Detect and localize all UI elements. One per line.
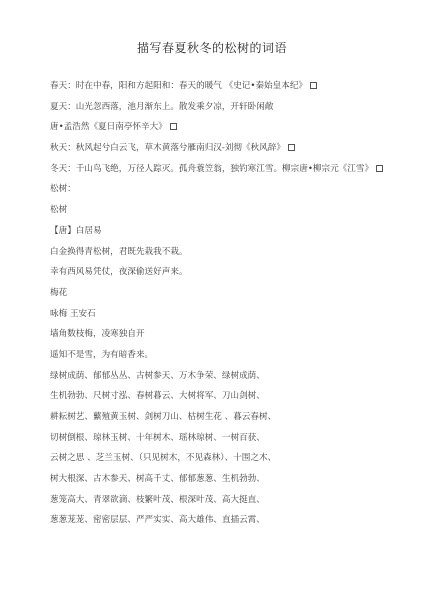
line-text: 切树倒根、琼林玉树、十年树木、瑶林琼树、一树百获、 bbox=[50, 433, 265, 443]
text-line: 夏天：山光忽西落，池月渐东上。散发乘夕凉，开轩卧闲敞 bbox=[50, 97, 390, 118]
document-body: 春天：时在中春，阳和方起阳和：春天的暖气 《史记•秦始皇本纪》夏天：山光忽西落，… bbox=[50, 76, 390, 531]
text-line: 秋天：秋风起兮白云飞，草木黄落兮雁南归汉-刘彻《秋风辞》 bbox=[50, 138, 390, 159]
line-text: 葱笼高大、青翠欲滴、枝繁叶茂、根深叶茂、高大挺直、 bbox=[50, 495, 265, 505]
line-text: 春天：时在中春，阳和方起阳和：春天的暖气 《史记•秦始皇本纪》 bbox=[50, 81, 307, 91]
text-line: 树大根深、古木参天、树高千丈、郁郁葱葱、生机勃勃、 bbox=[50, 469, 390, 490]
line-text: 咏梅 王安石 bbox=[50, 309, 96, 319]
line-text: 松树 bbox=[50, 205, 67, 215]
text-line: 云树之思 、芝兰玉树、（只见树木，不见森林）、十围之木、 bbox=[50, 448, 390, 469]
document-page: 描写春夏秋冬的松树的词语 春天：时在中春，阳和方起阳和：春天的暖气 《史记•秦始… bbox=[0, 0, 424, 600]
line-text: 墙角数枝梅，凌寒独自开 bbox=[50, 329, 145, 339]
line-text: 冬天：千山鸟飞绝，万径人踪灭。孤舟蓑笠翁，独钓寒江雪。柳宗唐•柳宗元《江雪》 bbox=[50, 164, 373, 174]
line-text: 生机勃勃、尺树寸泓、春树暮云、大树将军、刀山剑树、 bbox=[50, 391, 265, 401]
text-line: 梅花 bbox=[50, 283, 390, 304]
text-line: 生机勃勃、尺树寸泓、春树暮云、大树将军、刀山剑树、 bbox=[50, 386, 390, 407]
line-text: 梅花 bbox=[50, 288, 67, 298]
line-text: 幸有西风易凭仗，夜深偷送好声来。 bbox=[50, 267, 188, 277]
document-title: 描写春夏秋冬的松树的词语 bbox=[0, 39, 424, 56]
line-text: 白金换得青松树，君既先栽我不栽。 bbox=[50, 247, 188, 257]
text-line: 咏梅 王安石 bbox=[50, 304, 390, 325]
placeholder-box-icon bbox=[288, 144, 295, 151]
text-line: 切树倒根、琼林玉树、十年树木、瑶林琼树、一树百获、 bbox=[50, 428, 390, 449]
placeholder-box-icon bbox=[170, 123, 177, 130]
text-line: 遥知不是雪，为有暗香来。 bbox=[50, 345, 390, 366]
text-line: 耕耘树艺、蘩殖黄玉树、剑树刀山、枯树生花 、暮云春树、 bbox=[50, 407, 390, 428]
text-line: 松树 bbox=[50, 200, 390, 221]
text-line: 白金换得青松树，君既先栽我不栽。 bbox=[50, 242, 390, 263]
line-text: 云树之思 、芝兰玉树、（只见树木，不见森林）、十围之木、 bbox=[50, 453, 276, 463]
text-line: 松树： bbox=[50, 179, 390, 200]
text-line: 绿树成荫、郁郁丛丛、古树参天、万木争荣、绿树成荫、 bbox=[50, 366, 390, 387]
text-line: 【唐】白居易 bbox=[50, 221, 390, 242]
line-text: 葱葱茏茏、密密层层、严严实实、高大雄伟、直插云霄、 bbox=[50, 515, 265, 525]
line-text: 夏天：山光忽西落，池月渐东上。散发乘夕凉，开轩卧闲敞 bbox=[50, 102, 273, 112]
text-line: 葱葱茏茏、密密层层、严严实实、高大雄伟、直插云霄、 bbox=[50, 510, 390, 531]
line-text: 耕耘树艺、蘩殖黄玉树、剑树刀山、枯树生花 、暮云春树、 bbox=[50, 412, 276, 422]
placeholder-box-icon bbox=[310, 82, 317, 89]
line-text: 遥知不是雪，为有暗香来。 bbox=[50, 350, 153, 360]
placeholder-box-icon bbox=[376, 165, 383, 172]
text-line: 春天：时在中春，阳和方起阳和：春天的暖气 《史记•秦始皇本纪》 bbox=[50, 76, 390, 97]
line-text: 树大根深、古木参天、树高千丈、郁郁葱葱、生机勃勃、 bbox=[50, 474, 265, 484]
line-text: 秋天：秋风起兮白云飞，草木黄落兮雁南归汉-刘彻《秋风辞》 bbox=[50, 143, 285, 153]
text-line: 墙角数枝梅，凌寒独自开 bbox=[50, 324, 390, 345]
text-line: 冬天：千山鸟飞绝，万径人踪灭。孤舟蓑笠翁，独钓寒江雪。柳宗唐•柳宗元《江雪》 bbox=[50, 159, 390, 180]
line-text: 【唐】白居易 bbox=[50, 226, 102, 236]
text-line: 葱笼高大、青翠欲滴、枝繁叶茂、根深叶茂、高大挺直、 bbox=[50, 490, 390, 511]
text-line: 幸有西风易凭仗，夜深偷送好声来。 bbox=[50, 262, 390, 283]
line-text: 绿树成荫、郁郁丛丛、古树参天、万木争荣、绿树成荫、 bbox=[50, 371, 265, 381]
line-text: 松树： bbox=[50, 184, 76, 194]
text-line: 唐•孟浩然《夏日南亭怀辛大》 bbox=[50, 117, 390, 138]
line-text: 唐•孟浩然《夏日南亭怀辛大》 bbox=[50, 122, 167, 132]
